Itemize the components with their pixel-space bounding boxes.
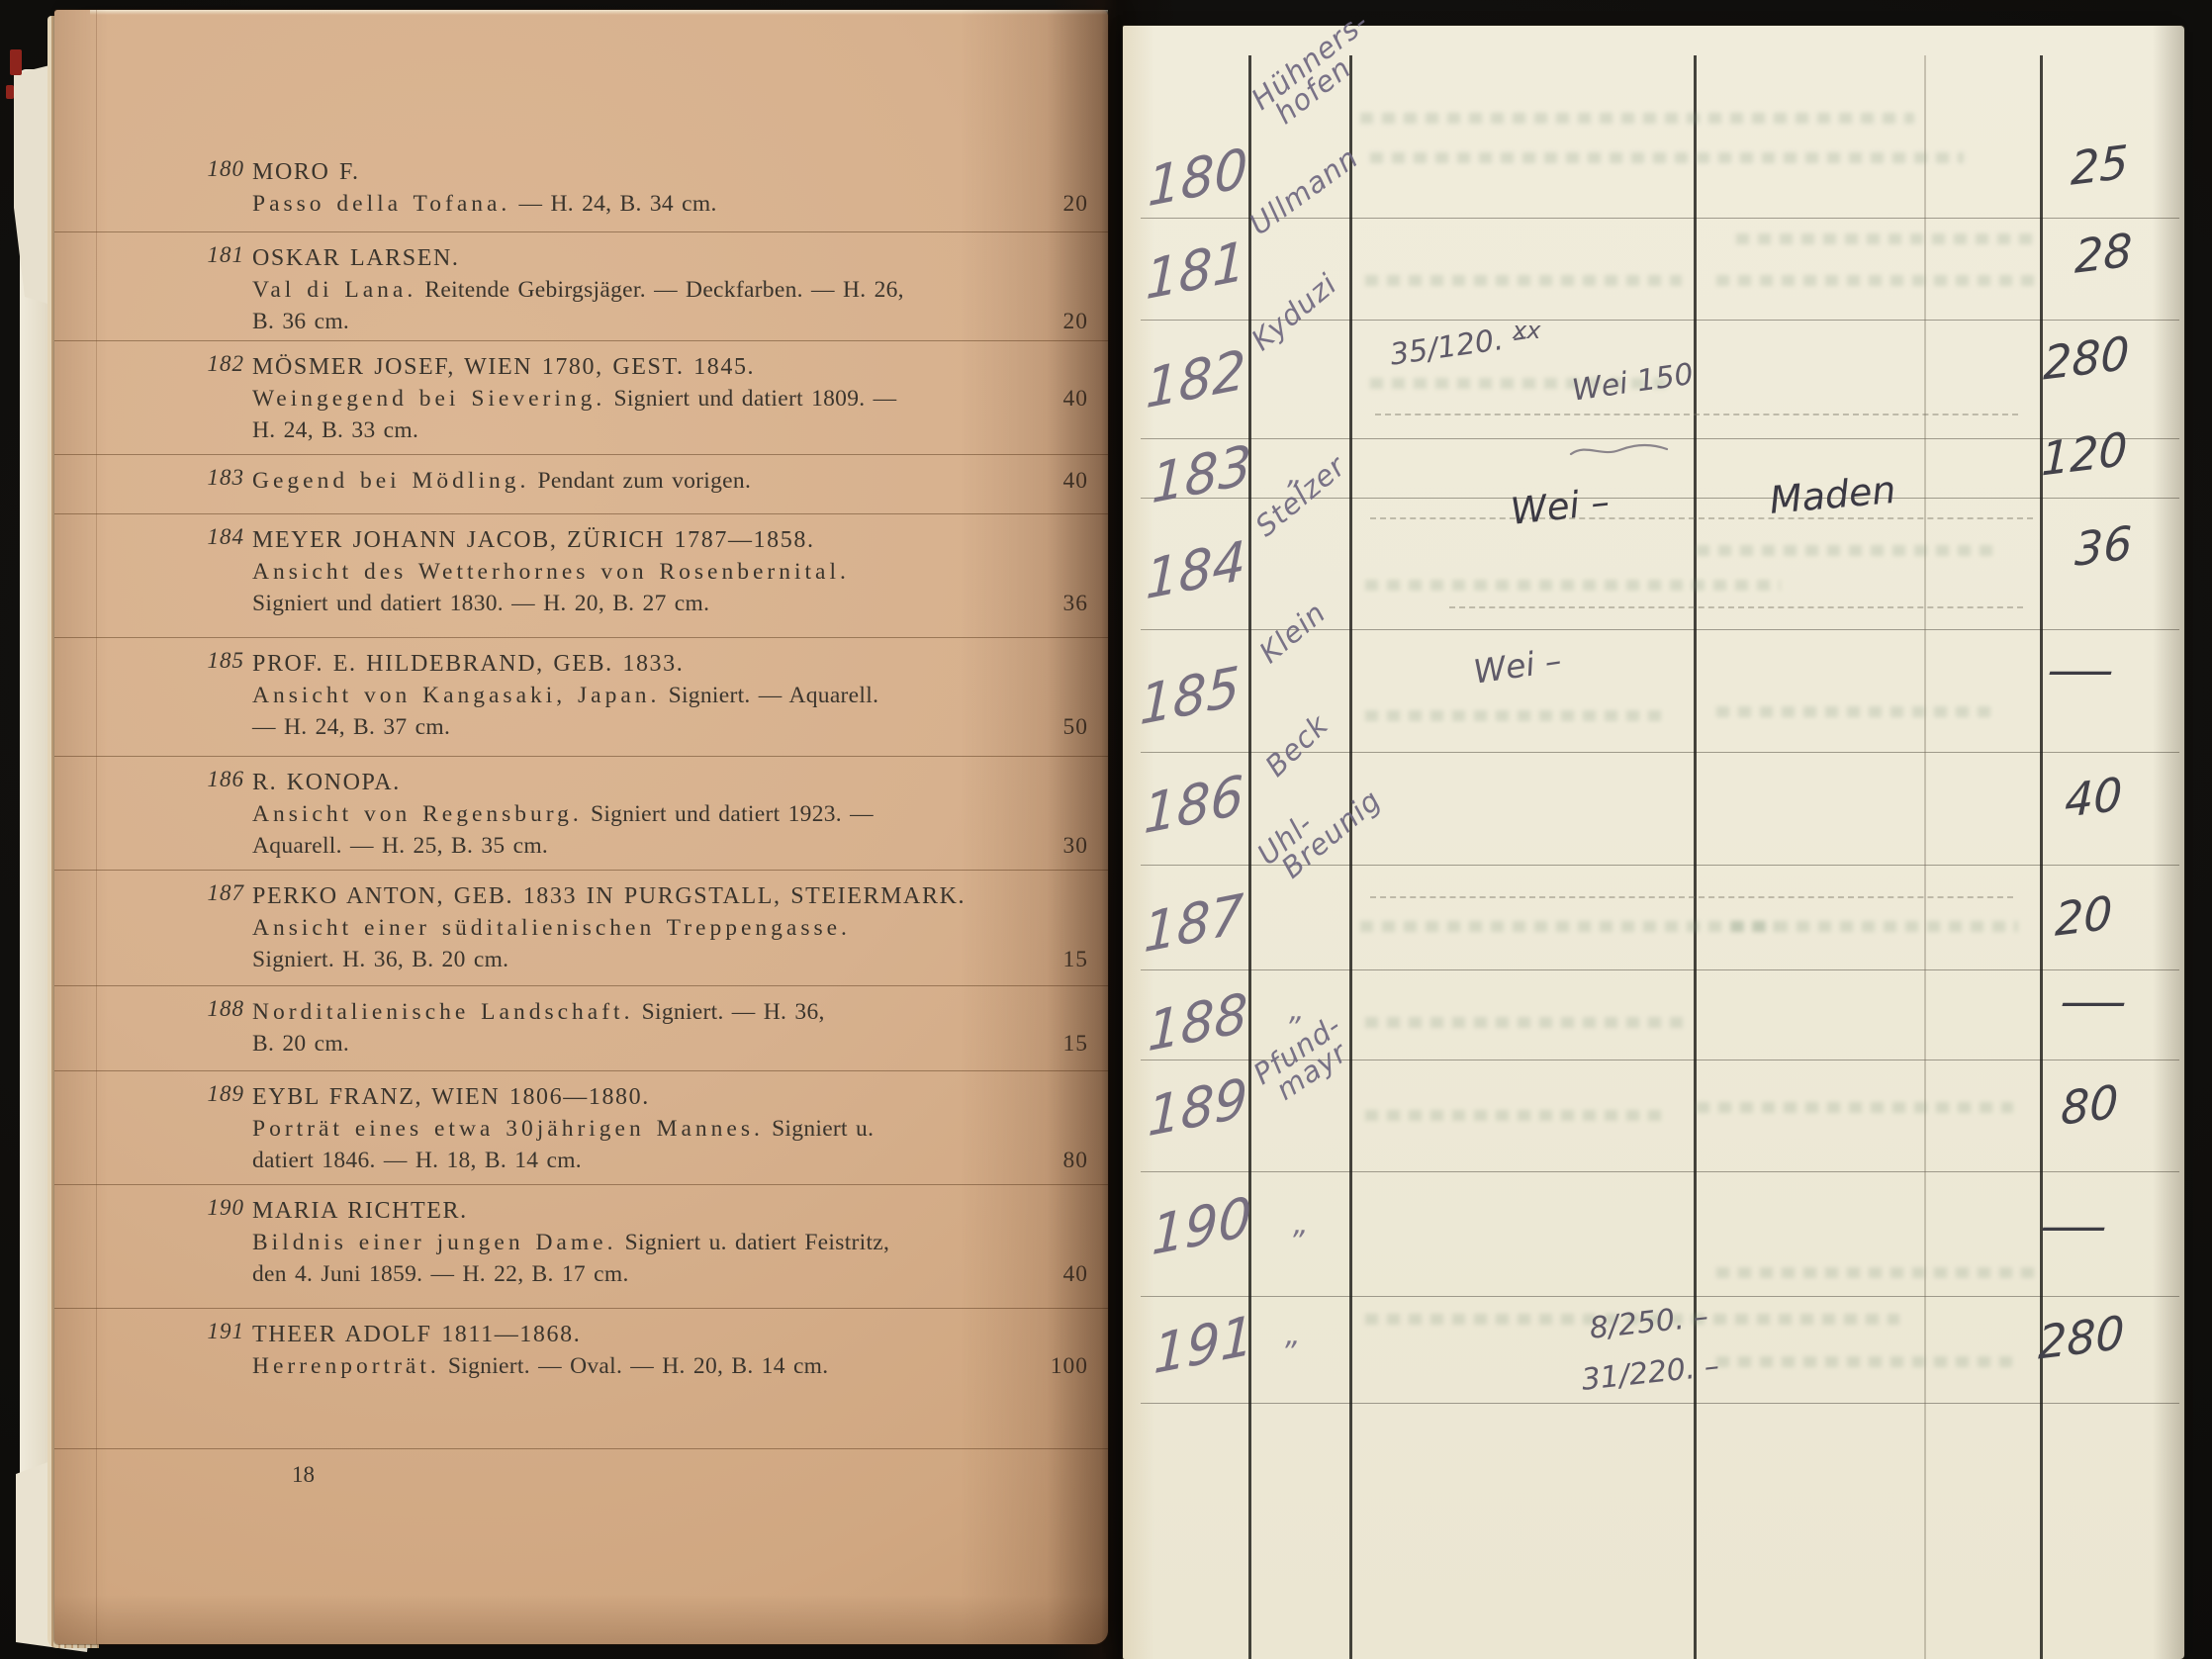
entry-line: PERKO ANTON, GEB. 1833 IN PURGSTALL, STE… — [252, 880, 1068, 912]
entry-text: Aquarell. — H. 25, B. 35 cm. — [252, 833, 548, 859]
printed-estimate: 15 — [1063, 1028, 1089, 1060]
ditto-mark: „ — [1285, 1318, 1301, 1352]
handwritten-lot-number: 187 — [1143, 881, 1244, 965]
lot-number: 185 — [163, 648, 244, 674]
lot-number: 181 — [163, 242, 244, 268]
ditto-mark: „ — [1293, 1207, 1309, 1242]
ink-bleedthrough — [1716, 1356, 2013, 1367]
artist-title: MORO F. — [252, 159, 360, 185]
handwritten-lot-number: 191 — [1152, 1303, 1253, 1386]
ledger-column-line — [1248, 55, 1251, 1659]
printed-estimate: 80 — [1063, 1145, 1089, 1176]
pencil-dashed-line — [1370, 517, 2033, 519]
handwritten-annotation: Maden — [1768, 468, 1897, 522]
handwritten-lot-number: 188 — [1147, 980, 1247, 1063]
printed-estimate: 40 — [1063, 1258, 1089, 1290]
handwritten-price: 25 — [2071, 135, 2129, 196]
handwritten-buyer-name: Kyduzi — [1247, 270, 1340, 354]
ledger-row-line — [1141, 969, 2179, 970]
handwritten-lot-number: 182 — [1145, 337, 1245, 420]
ink-bleedthrough — [1697, 545, 1993, 556]
entry-line: datiert 1846. — H. 18, B. 14 cm.80 — [252, 1145, 1068, 1176]
work-title-spaced: Ansicht des Wetterhornes von Rosenbernit… — [252, 559, 850, 585]
entry-line: B. 36 cm.20 — [252, 306, 1068, 337]
work-title-spaced: Val di Lana. — [252, 277, 416, 303]
ink-bleedthrough — [1365, 710, 1662, 721]
handwritten-lot-number: 189 — [1147, 1065, 1247, 1149]
lot-number: 183 — [163, 465, 244, 491]
entry-line: Gegend bei Mödling. Pendant zum vorigen.… — [252, 465, 1068, 497]
entry-text: Signiert. — H. 36, — [633, 999, 824, 1025]
handwritten-lot-number: 180 — [1147, 136, 1247, 219]
lot-number: 180 — [163, 156, 244, 182]
entry-text: Signiert. — Aquarell. — [660, 683, 878, 708]
entry-line: OSKAR LARSEN. — [252, 242, 1068, 274]
lot-number: 190 — [163, 1195, 244, 1221]
handwritten-lot-number: 184 — [1145, 528, 1245, 611]
ink-bleedthrough — [1365, 1017, 1692, 1028]
printed-estimate: 30 — [1063, 830, 1089, 862]
entry-text: Signiert. H. 36, B. 20 cm. — [252, 947, 508, 972]
handwritten-lot-number: 186 — [1143, 763, 1244, 846]
printed-estimate: 20 — [1063, 188, 1089, 220]
catalog-entry: 189EYBL FRANZ, WIEN 1806—1880.Porträt ei… — [54, 1071, 1108, 1185]
artist-title: MARIA RICHTER. — [252, 1198, 468, 1224]
entry-text: Pendant zum vorigen. — [529, 468, 751, 494]
artist-title: MEYER JOHANN JACOB, ZÜRICH 1787—1858. — [252, 527, 815, 553]
printed-estimate: 15 — [1063, 944, 1089, 975]
entry-text: den 4. Juni 1859. — H. 22, B. 17 cm. — [252, 1261, 629, 1287]
handwritten-annotation: 35/120. – — [1388, 320, 1529, 373]
handwritten-price: 36 — [2074, 515, 2133, 577]
handwritten-lot-number: 183 — [1151, 432, 1251, 515]
handwritten-lot-number: 181 — [1145, 229, 1245, 312]
entry-line: den 4. Juni 1859. — H. 22, B. 17 cm.40 — [252, 1258, 1068, 1290]
catalog-entry: 188Norditalienische Landschaft. Signiert… — [54, 986, 1108, 1071]
ink-bleedthrough — [1370, 152, 1964, 163]
catalog-entry: 185PROF. E. HILDEBRAND, GEB. 1833.Ansich… — [54, 638, 1108, 757]
catalog-entry: 180MORO F.Passo della Tofana. — H. 24, B… — [54, 146, 1108, 232]
printed-estimate: 36 — [1063, 588, 1089, 619]
handwritten-no-sale-dash: — — [2040, 1199, 2108, 1252]
handwritten-price: 40 — [2065, 767, 2123, 828]
pencil-dashed-line — [1375, 414, 2018, 415]
entry-line: Bildnis einer jungen Dame. Signiert u. d… — [252, 1227, 1068, 1258]
handwritten-price: 120 — [2041, 421, 2128, 486]
lot-number: 191 — [163, 1319, 244, 1344]
entry-line: Norditalienische Landschaft. Signiert. —… — [252, 996, 1068, 1028]
entry-line: Herrenporträt. Signiert. — Oval. — H. 20… — [252, 1350, 1068, 1382]
handwritten-buyer-name: Uhl-Breunig — [1253, 767, 1385, 888]
lot-number: 189 — [163, 1081, 244, 1107]
entry-line: Passo della Tofana. — H. 24, B. 34 cm.20 — [252, 188, 1068, 220]
artist-title: MÖSMER JOSEF, WIEN 1780, GEST. 1845. — [252, 354, 755, 380]
artist-title: OSKAR LARSEN. — [252, 245, 460, 271]
artist-title: R. KONOPA. — [252, 770, 401, 795]
lot-number: 187 — [163, 880, 244, 906]
catalog-entry: 191THEER ADOLF 1811—1868.Herrenporträt. … — [54, 1309, 1108, 1449]
entry-line: MARIA RICHTER. — [252, 1195, 1068, 1227]
work-title-spaced: Herrenporträt. — [252, 1353, 440, 1379]
handwritten-buyer-name: Pfund-mayr — [1249, 1011, 1359, 1109]
printed-estimate: 100 — [1051, 1350, 1088, 1382]
entry-line: Signiert. H. 36, B. 20 cm.15 — [252, 944, 1068, 975]
entry-text: B. 36 cm. — [252, 309, 349, 334]
lot-number: 182 — [163, 351, 244, 377]
entry-text: datiert 1846. — H. 18, B. 14 cm. — [252, 1148, 582, 1173]
catalog-entries: 180MORO F.Passo della Tofana. — H. 24, B… — [54, 146, 1108, 1449]
work-title-spaced: Ansicht von Regensburg. — [252, 801, 583, 827]
pencil-dashed-line — [1370, 896, 2013, 898]
ledger-row-line — [1141, 1403, 2179, 1404]
work-title-spaced: Porträt eines etwa 30jährigen Mannes. — [252, 1116, 764, 1142]
handwritten-price: 80 — [2061, 1074, 2119, 1136]
printed-estimate: 40 — [1063, 383, 1089, 415]
entry-line: Ansicht von Regensburg. Signiert und dat… — [252, 798, 1068, 830]
entry-line: Aquarell. — H. 25, B. 35 cm.30 — [252, 830, 1068, 862]
page-number: 18 — [292, 1462, 315, 1488]
ledger-page: 180Hühners-hofen25181Ullmann28182Kyduzi2… — [1123, 26, 2184, 1659]
work-title-spaced: Weingegend bei Sievering. — [252, 386, 605, 412]
entry-line: H. 24, B. 33 cm. — [252, 415, 1068, 446]
work-title-spaced: Gegend bei Mödling. — [252, 468, 529, 494]
work-title-spaced: Norditalienische Landschaft. — [252, 999, 633, 1025]
entry-text: Signiert und datiert 1830. — H. 20, B. 2… — [252, 591, 709, 616]
printed-estimate: 40 — [1063, 465, 1089, 497]
catalog-entry: 190MARIA RICHTER.Bildnis einer jungen Da… — [54, 1185, 1108, 1309]
entry-line: Signiert und datiert 1830. — H. 20, B. 2… — [252, 588, 1068, 619]
lot-number: 188 — [163, 996, 244, 1022]
entry-line: — H. 24, B. 37 cm.50 — [252, 711, 1068, 743]
ink-bleedthrough — [1365, 275, 1682, 286]
flourish-mark — [1568, 439, 1671, 463]
ditto-mark: „ — [1289, 993, 1305, 1028]
handwritten-price: 280 — [2038, 1305, 2125, 1369]
lot-number: 186 — [163, 767, 244, 792]
handwritten-annotation: 8/250. – — [1588, 1299, 1710, 1345]
catalog-entry: 183Gegend bei Mödling. Pendant zum vorig… — [54, 455, 1108, 514]
artist-title: EYBL FRANZ, WIEN 1806—1880. — [252, 1084, 650, 1110]
ledger-column-line-faint — [1924, 55, 1926, 1659]
handwritten-annotation: Wei 150 — [1570, 357, 1696, 409]
catalog-entry: 181OSKAR LARSEN.Val di Lana. Reitende Ge… — [54, 232, 1108, 341]
entry-text: Signiert und datiert 1923. — — [583, 801, 874, 827]
handwritten-price: 28 — [2074, 223, 2133, 284]
entry-line: Weingegend bei Sievering. Signiert und d… — [252, 383, 1068, 415]
pencil-dashed-line — [1449, 606, 2023, 608]
ledger-column-line — [1694, 55, 1697, 1659]
handwritten-buyer-name: Beck — [1261, 710, 1333, 780]
handwritten-lot-number: 185 — [1139, 654, 1240, 737]
ledger-row-line — [1141, 1296, 2179, 1297]
catalog-entry: 187PERKO ANTON, GEB. 1833 IN PURGSTALL, … — [54, 871, 1108, 986]
entry-text: — H. 24, B. 37 cm. — [252, 714, 450, 740]
lot-number: 184 — [163, 524, 244, 550]
work-title-spaced: Ansicht von Kangasaki, Japan. — [252, 683, 660, 708]
entry-text: H. 24, B. 33 cm. — [252, 417, 418, 443]
entry-text: — H. 24, B. 34 cm. — [510, 191, 716, 217]
entry-line: Porträt eines etwa 30jährigen Mannes. Si… — [252, 1113, 1068, 1145]
ink-bleedthrough — [1716, 1267, 2043, 1278]
handwritten-annotation: 31/220. – — [1580, 1348, 1721, 1397]
entry-line: B. 20 cm.15 — [252, 1028, 1068, 1060]
entry-text: Signiert u. — [764, 1116, 874, 1142]
handwritten-buyer-name: Ullmann — [1245, 143, 1362, 238]
entry-line: Ansicht des Wetterhornes von Rosenbernit… — [252, 556, 1068, 588]
ink-bleedthrough — [1360, 921, 1776, 932]
printed-estimate: 50 — [1063, 711, 1089, 743]
artist-title: PROF. E. HILDEBRAND, GEB. 1833. — [252, 651, 684, 677]
entry-line: EYBL FRANZ, WIEN 1806—1880. — [252, 1081, 1068, 1113]
entry-text: Signiert. — Oval. — H. 20, B. 14 cm. — [440, 1353, 829, 1379]
catalog-entry: 186R. KONOPA.Ansicht von Regensburg. Sig… — [54, 757, 1108, 871]
entry-line: MORO F. — [252, 156, 1068, 188]
entry-text: Reitende Gebirgsjäger. — Deckfarben. — H… — [416, 277, 904, 303]
red-mark — [6, 85, 14, 99]
ink-bleedthrough — [1716, 275, 2043, 286]
entry-text: B. 20 cm. — [252, 1031, 349, 1057]
entry-line: THEER ADOLF 1811—1868. — [252, 1319, 1068, 1350]
ink-bleedthrough — [1731, 921, 2018, 932]
ink-bleedthrough — [1697, 1102, 2013, 1113]
entry-line: Ansicht von Kangasaki, Japan. Signiert. … — [252, 680, 1068, 711]
catalog-entry: 182MÖSMER JOSEF, WIEN 1780, GEST. 1845.W… — [54, 341, 1108, 455]
work-title-spaced: Bildnis einer jungen Dame. — [252, 1230, 616, 1255]
artist-title: THEER ADOLF 1811—1868. — [252, 1322, 581, 1347]
entry-line: Val di Lana. Reitende Gebirgsjäger. — De… — [252, 274, 1068, 306]
handwritten-annotation: Wei – — [1509, 481, 1612, 533]
book-scan: 180MORO F.Passo della Tofana. — H. 24, B… — [0, 0, 2212, 1659]
ledger-column-line — [2040, 55, 2043, 1659]
ink-bleedthrough — [1716, 706, 1993, 717]
work-title-spaced: Passo della Tofana. — [252, 191, 510, 217]
artist-title: PERKO ANTON, GEB. 1833 IN PURGSTALL, STE… — [252, 883, 966, 909]
handwritten-no-sale-dash: — — [2060, 974, 2128, 1028]
handwritten-annotation: xx — [1513, 317, 1540, 344]
entry-line: R. KONOPA. — [252, 767, 1068, 798]
catalog-entry: 184MEYER JOHANN JACOB, ZÜRICH 1787—1858.… — [54, 514, 1108, 638]
entry-line: MEYER JOHANN JACOB, ZÜRICH 1787—1858. — [252, 524, 1068, 556]
handwritten-price: 20 — [2055, 885, 2113, 947]
ink-bleedthrough — [1365, 1110, 1662, 1121]
ink-bleedthrough — [1736, 233, 2033, 244]
entry-line: MÖSMER JOSEF, WIEN 1780, GEST. 1845. — [252, 351, 1068, 383]
red-mark — [10, 49, 22, 75]
work-title-spaced: Ansicht einer süditalienischen Treppenga… — [252, 915, 851, 941]
ink-bleedthrough — [1365, 580, 1781, 591]
handwritten-annotation: Wei – — [1471, 641, 1564, 691]
handwritten-buyer-name: Klein — [1255, 599, 1330, 667]
entry-text: Signiert und datiert 1809. — — [605, 386, 896, 412]
entry-text: Signiert u. datiert Feistritz, — [616, 1230, 889, 1255]
ledger-row-line — [1141, 218, 2179, 219]
catalog-page: 180MORO F.Passo della Tofana. — H. 24, B… — [54, 10, 1108, 1644]
printed-estimate: 20 — [1063, 306, 1089, 337]
entry-line: PROF. E. HILDEBRAND, GEB. 1833. — [252, 648, 1068, 680]
ledger-row-line — [1141, 1171, 2179, 1172]
handwritten-lot-number: 190 — [1151, 1184, 1251, 1267]
handwritten-price: 280 — [2043, 325, 2130, 390]
handwritten-no-sale-dash: — — [2047, 643, 2115, 696]
ink-bleedthrough — [1360, 113, 1914, 124]
ledger-column-line — [1349, 55, 1352, 1659]
entry-line: Ansicht einer süditalienischen Treppenga… — [252, 912, 1068, 944]
